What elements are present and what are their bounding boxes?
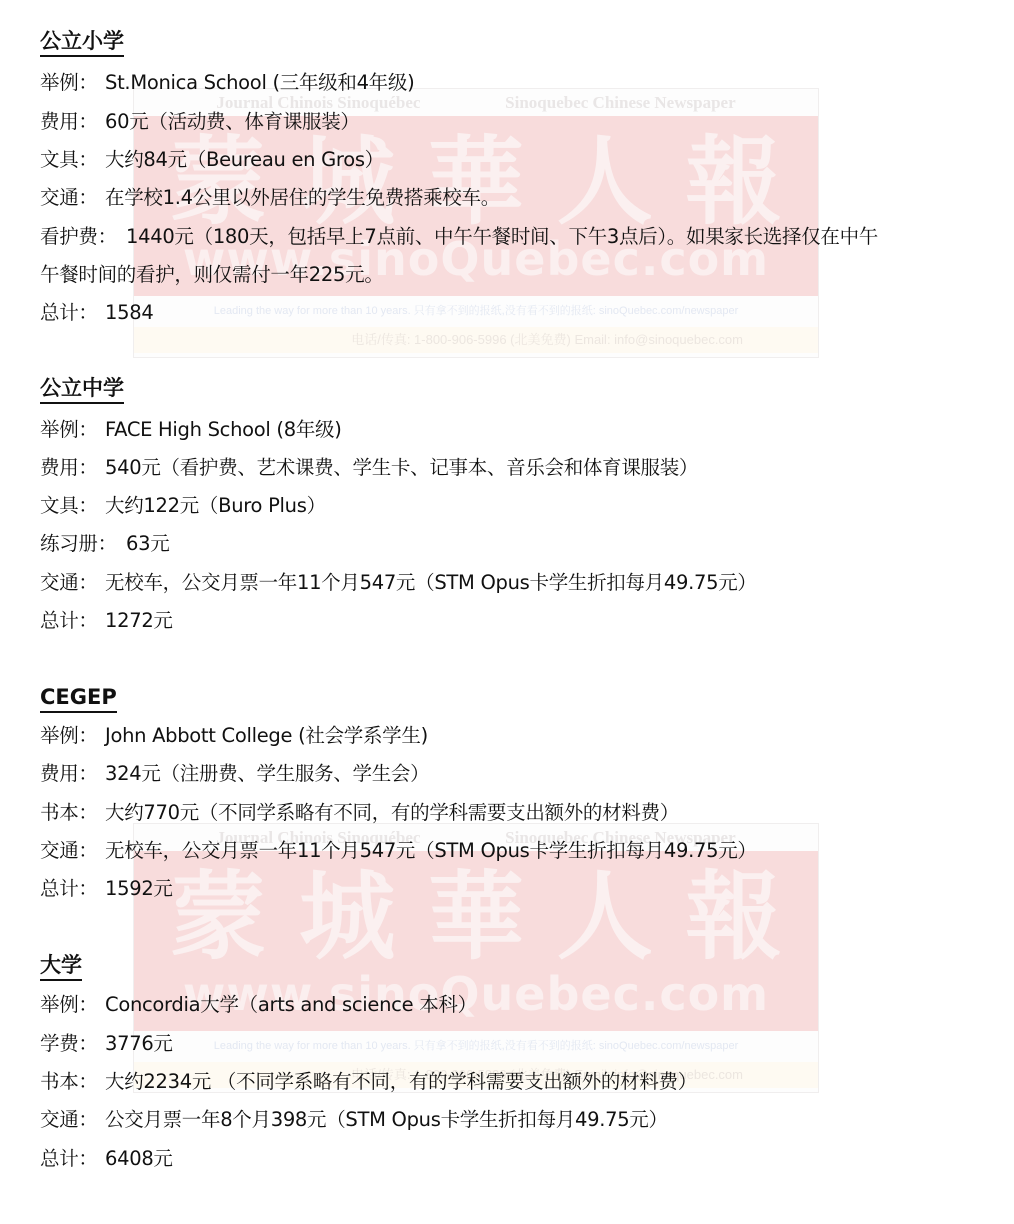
item-value: 大约2234元 （不同学系略有不同，有的学科需要支出额外的材料费） xyxy=(105,1070,697,1093)
item-label: 总计： xyxy=(40,608,105,634)
item-label: 费用： xyxy=(40,109,105,135)
item-value: 63元 xyxy=(126,532,169,555)
watermark-char: 華 xyxy=(428,106,524,243)
list-item: 费用：324元（注册费、学生服务、学生会） xyxy=(40,761,429,787)
item-label: 书本： xyxy=(40,800,105,826)
list-item: 交通：在学校1.4公里以外居住的学生免费搭乘校车。 xyxy=(40,185,500,211)
watermark-tagline: Leading the way for more than 10 years. … xyxy=(134,301,818,321)
section-heading-secondary-school: 公立中学 xyxy=(40,376,124,404)
item-label: 交通： xyxy=(40,570,105,596)
item-label: 费用： xyxy=(40,455,105,481)
item-value: 1592元 xyxy=(105,877,173,900)
section-heading-university: 大学 xyxy=(40,953,82,981)
list-item: 费用：60元（活动费、体育课服装） xyxy=(40,109,360,135)
watermark-logo: 蒙 城 華 人 報 xyxy=(134,119,818,229)
item-label: 费用： xyxy=(40,761,105,787)
list-item-continuation: 午餐时间的看护，则仅需付一年225元。 xyxy=(40,262,384,288)
list-item: 书本：大约770元（不同学系略有不同，有的学科需要支出额外的材料费） xyxy=(40,800,679,826)
item-label: 举例： xyxy=(40,417,105,443)
item-value: St.Monica School (三年级和4年级) xyxy=(105,71,414,94)
list-item-total: 总计：1272元 xyxy=(40,608,173,634)
list-item: 举例：John Abbott College (社会学系学生) xyxy=(40,723,428,749)
item-label: 学费： xyxy=(40,1031,105,1057)
list-item: 举例：Concordia大学（arts and science 本科） xyxy=(40,992,477,1018)
list-item: 费用：540元（看护费、艺术课费、学生卡、记事本、音乐会和体育课服装） xyxy=(40,455,698,481)
item-value: 在学校1.4公里以外居住的学生免费搭乘校车。 xyxy=(105,186,500,209)
list-item: 举例：St.Monica School (三年级和4年级) xyxy=(40,70,414,96)
item-value: FACE High School (8年级) xyxy=(105,418,342,441)
item-value: 324元（注册费、学生服务、学生会） xyxy=(105,762,429,785)
item-value: John Abbott College (社会学系学生) xyxy=(105,724,428,747)
item-label: 总计： xyxy=(40,1146,105,1172)
item-label: 文具： xyxy=(40,147,105,173)
item-label: 总计： xyxy=(40,876,105,902)
list-item-total: 总计：6408元 xyxy=(40,1146,173,1172)
item-value: 大约84元（Beureau en Gros） xyxy=(105,148,384,171)
item-label: 看护费： xyxy=(40,224,126,250)
watermark-logo: 蒙 城 華 人 報 xyxy=(134,854,818,964)
item-value: 60元（活动费、体育课服装） xyxy=(105,110,360,133)
item-label: 练习册： xyxy=(40,531,126,557)
list-item: 交通：无校车，公交月票一年11个月547元（STM Opus卡学生折扣每月49.… xyxy=(40,838,757,864)
section-heading-primary-school: 公立小学 xyxy=(40,29,124,57)
list-item: 交通：公交月票一年8个月398元（STM Opus卡学生折扣每月49.75元） xyxy=(40,1107,668,1133)
list-item: 书本：大约2234元 （不同学系略有不同，有的学科需要支出额外的材料费） xyxy=(40,1069,697,1095)
list-item: 举例：FACE High School (8年级) xyxy=(40,417,342,443)
list-item: 文具：大约122元（Buro Plus） xyxy=(40,493,326,519)
item-label: 文具： xyxy=(40,493,105,519)
item-value: 大约122元（Buro Plus） xyxy=(105,494,326,517)
item-value: 无校车，公交月票一年11个月547元（STM Opus卡学生折扣每月49.75元… xyxy=(105,839,757,862)
watermark-contact: 电话/传真: 1-800-906-5996 (北美免费) Email: info… xyxy=(134,327,818,353)
item-label: 举例： xyxy=(40,723,105,749)
item-value: 3776元 xyxy=(105,1032,173,1055)
item-label: 交通： xyxy=(40,1107,105,1133)
item-value: 无校车，公交月票一年11个月547元（STM Opus卡学生折扣每月49.75元… xyxy=(105,571,757,594)
item-label: 交通： xyxy=(40,838,105,864)
item-label: 交通： xyxy=(40,185,105,211)
list-item: 练习册：63元 xyxy=(40,531,169,557)
item-value: 6408元 xyxy=(105,1147,173,1170)
watermark-char: 報 xyxy=(686,106,782,243)
list-item-total: 总计：1592元 xyxy=(40,876,173,902)
list-item: 学费：3776元 xyxy=(40,1031,173,1057)
item-value: 540元（看护费、艺术课费、学生卡、记事本、音乐会和体育课服装） xyxy=(105,456,698,479)
list-item: 文具：大约84元（Beureau en Gros） xyxy=(40,147,384,173)
watermark-char: 人 xyxy=(557,106,653,243)
item-label: 举例： xyxy=(40,992,105,1018)
item-label: 书本： xyxy=(40,1069,105,1095)
item-value: 午餐时间的看护，则仅需付一年225元。 xyxy=(40,263,384,286)
item-value: 1272元 xyxy=(105,609,173,632)
watermark-tagline: Leading the way for more than 10 years. … xyxy=(134,1036,818,1056)
item-value: 1440元（180天，包括早上7点前、中午午餐时间、下午3点后）。如果家长选择仅… xyxy=(126,225,878,248)
item-value: 1584 xyxy=(105,301,153,324)
list-item: 交通：无校车，公交月票一年11个月547元（STM Opus卡学生折扣每月49.… xyxy=(40,570,757,596)
item-value: 大约770元（不同学系略有不同，有的学科需要支出额外的材料费） xyxy=(105,801,679,824)
item-label: 总计： xyxy=(40,300,105,326)
list-item: 看护费：1440元（180天，包括早上7点前、中午午餐时间、下午3点后）。如果家… xyxy=(40,224,878,250)
list-item-total: 总计：1584 xyxy=(40,300,153,326)
item-value: Concordia大学（arts and science 本科） xyxy=(105,993,477,1016)
item-value: 公交月票一年8个月398元（STM Opus卡学生折扣每月49.75元） xyxy=(105,1108,668,1131)
item-label: 举例： xyxy=(40,70,105,96)
section-heading-cegep: CEGEP xyxy=(40,685,117,713)
